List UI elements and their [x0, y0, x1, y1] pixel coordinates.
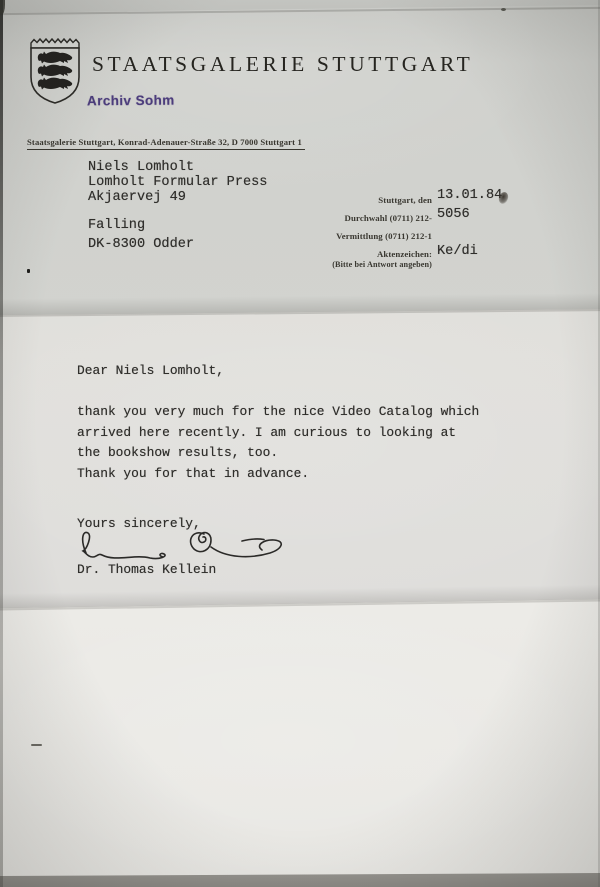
- pencil-dash-mark: [31, 744, 42, 746]
- organization-title: STAATSGALERIE STUTTGART: [92, 52, 473, 77]
- recipient-line: Niels Lomholt: [88, 160, 267, 175]
- archiv-sohm-stamp: Archiv Sohm: [87, 93, 175, 109]
- recipient-address-block: Niels Lomholt Lomholt Formular Press Akj…: [88, 160, 267, 252]
- recipient-line: Lomholt Formular Press: [88, 175, 267, 190]
- recipient-line: Falling: [88, 218, 267, 233]
- salutation: Dear Niels Lomholt,: [77, 363, 224, 378]
- direct-dial-label: Durchwahl (0711) 212-: [280, 213, 432, 223]
- switchboard-label: Vermittlung (0711) 212-1: [280, 231, 432, 241]
- file-reference-label: Aktenzeichen:: [280, 249, 432, 259]
- file-reference-value: Ke/di: [437, 244, 478, 259]
- recipient-line: DK-8300 Odder: [88, 237, 267, 252]
- signatory-name: Dr. Thomas Kellein: [77, 562, 216, 577]
- body-line: thank you very much for the nice Video C…: [77, 402, 479, 423]
- handwritten-signature-icon: [74, 527, 294, 567]
- date-label: Stuttgart, den: [280, 195, 432, 205]
- body-line: arrived here recently. I am curious to l…: [77, 423, 479, 444]
- paper-speck: [501, 8, 506, 11]
- body-paragraph: thank you very much for the nice Video C…: [77, 402, 479, 484]
- typed-stray-dot: [27, 269, 30, 273]
- photo-left-edge: [0, 0, 3, 887]
- file-reference-note: (Bitte bei Antwort angeben): [280, 260, 432, 269]
- recipient-line: Akjaervej 49: [88, 190, 267, 205]
- coat-of-arms-icon: [26, 36, 84, 105]
- direct-dial-value: 5056: [437, 207, 470, 222]
- date-value: 13.01.84: [437, 188, 502, 203]
- photographed-letter: STAATSGALERIE STUTTGART Archiv Sohm Staa…: [0, 0, 600, 887]
- sender-address-line: Staatsgalerie Stuttgart, Konrad-Adenauer…: [27, 137, 305, 150]
- body-line: the bookshow results, too.: [77, 443, 479, 464]
- body-line: Thank you for that in advance.: [77, 464, 479, 485]
